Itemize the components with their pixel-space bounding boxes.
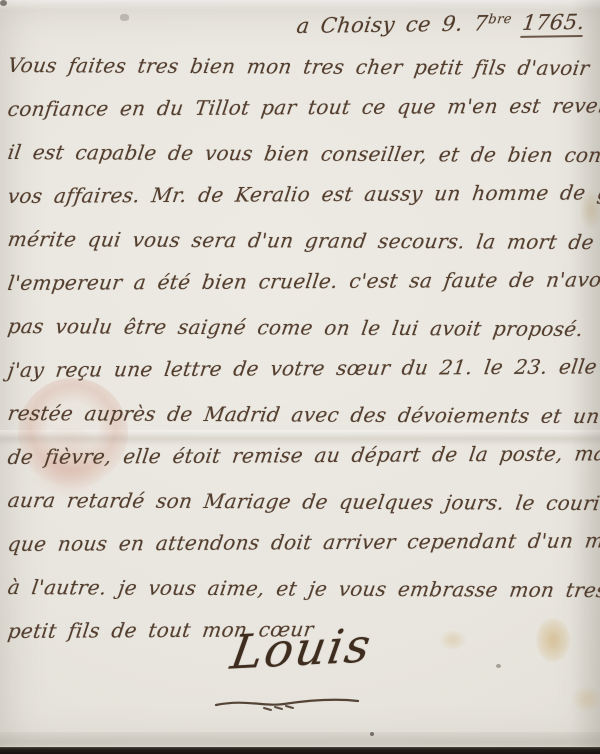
letter-line: l'empereur a été bien cruelle. c'est sa … [6,266,600,296]
letter-line: pas voulu être saigné come on le lui avo… [6,313,585,342]
red-seal-stain [18,378,128,488]
signature: Louis [227,618,376,680]
bottom-crease [0,732,600,746]
fox-stain [440,630,466,650]
letter-line: Vous faites tres bien mon tres cher peti… [6,52,591,81]
letter-line: aura retardé son Mariage de quelques jou… [6,487,600,516]
signature-flourish [212,692,362,714]
letter-line: il est capable de vous bien conseiller, … [6,139,600,168]
dateline: a Choisy ce 9. 7bre 1765. [295,10,586,38]
letter-scan: a Choisy ce 9. 7bre 1765. Vous faites tr… [0,0,600,754]
fox-stain [536,618,570,662]
dateline-month: 7 [472,11,489,35]
ink-speck [370,732,374,736]
dateline-year-underlined: 1765. [520,10,586,38]
letter-line: mérite qui vous sera d'un grand secours.… [6,226,596,255]
scan-edge-bar [0,747,600,754]
letter-line: vos affaires. Mr. de Keralio est aussy u… [6,179,600,209]
letter-line: confiance en du Tillot par tout ce que m… [6,92,600,122]
letter-line: à l'autre. je vous aime, et je vous embr… [6,574,600,603]
dateline-place-day: a Choisy ce 9. [295,12,464,38]
paper-top-highlight [0,0,600,10]
letter-line: j'ay reçu une lettre de votre sœur du 21… [6,353,600,383]
dateline-month-superscript: bre [487,12,512,27]
smudge-mark [120,14,129,21]
letter-line: restée auprès de Madrid avec des dévoiem… [6,400,600,429]
dust-speck [496,664,501,668]
letter-line: de fièvre, elle étoit remise au départ d… [6,440,600,470]
letter-line: que nous en attendons doit arriver cepen… [6,527,600,557]
